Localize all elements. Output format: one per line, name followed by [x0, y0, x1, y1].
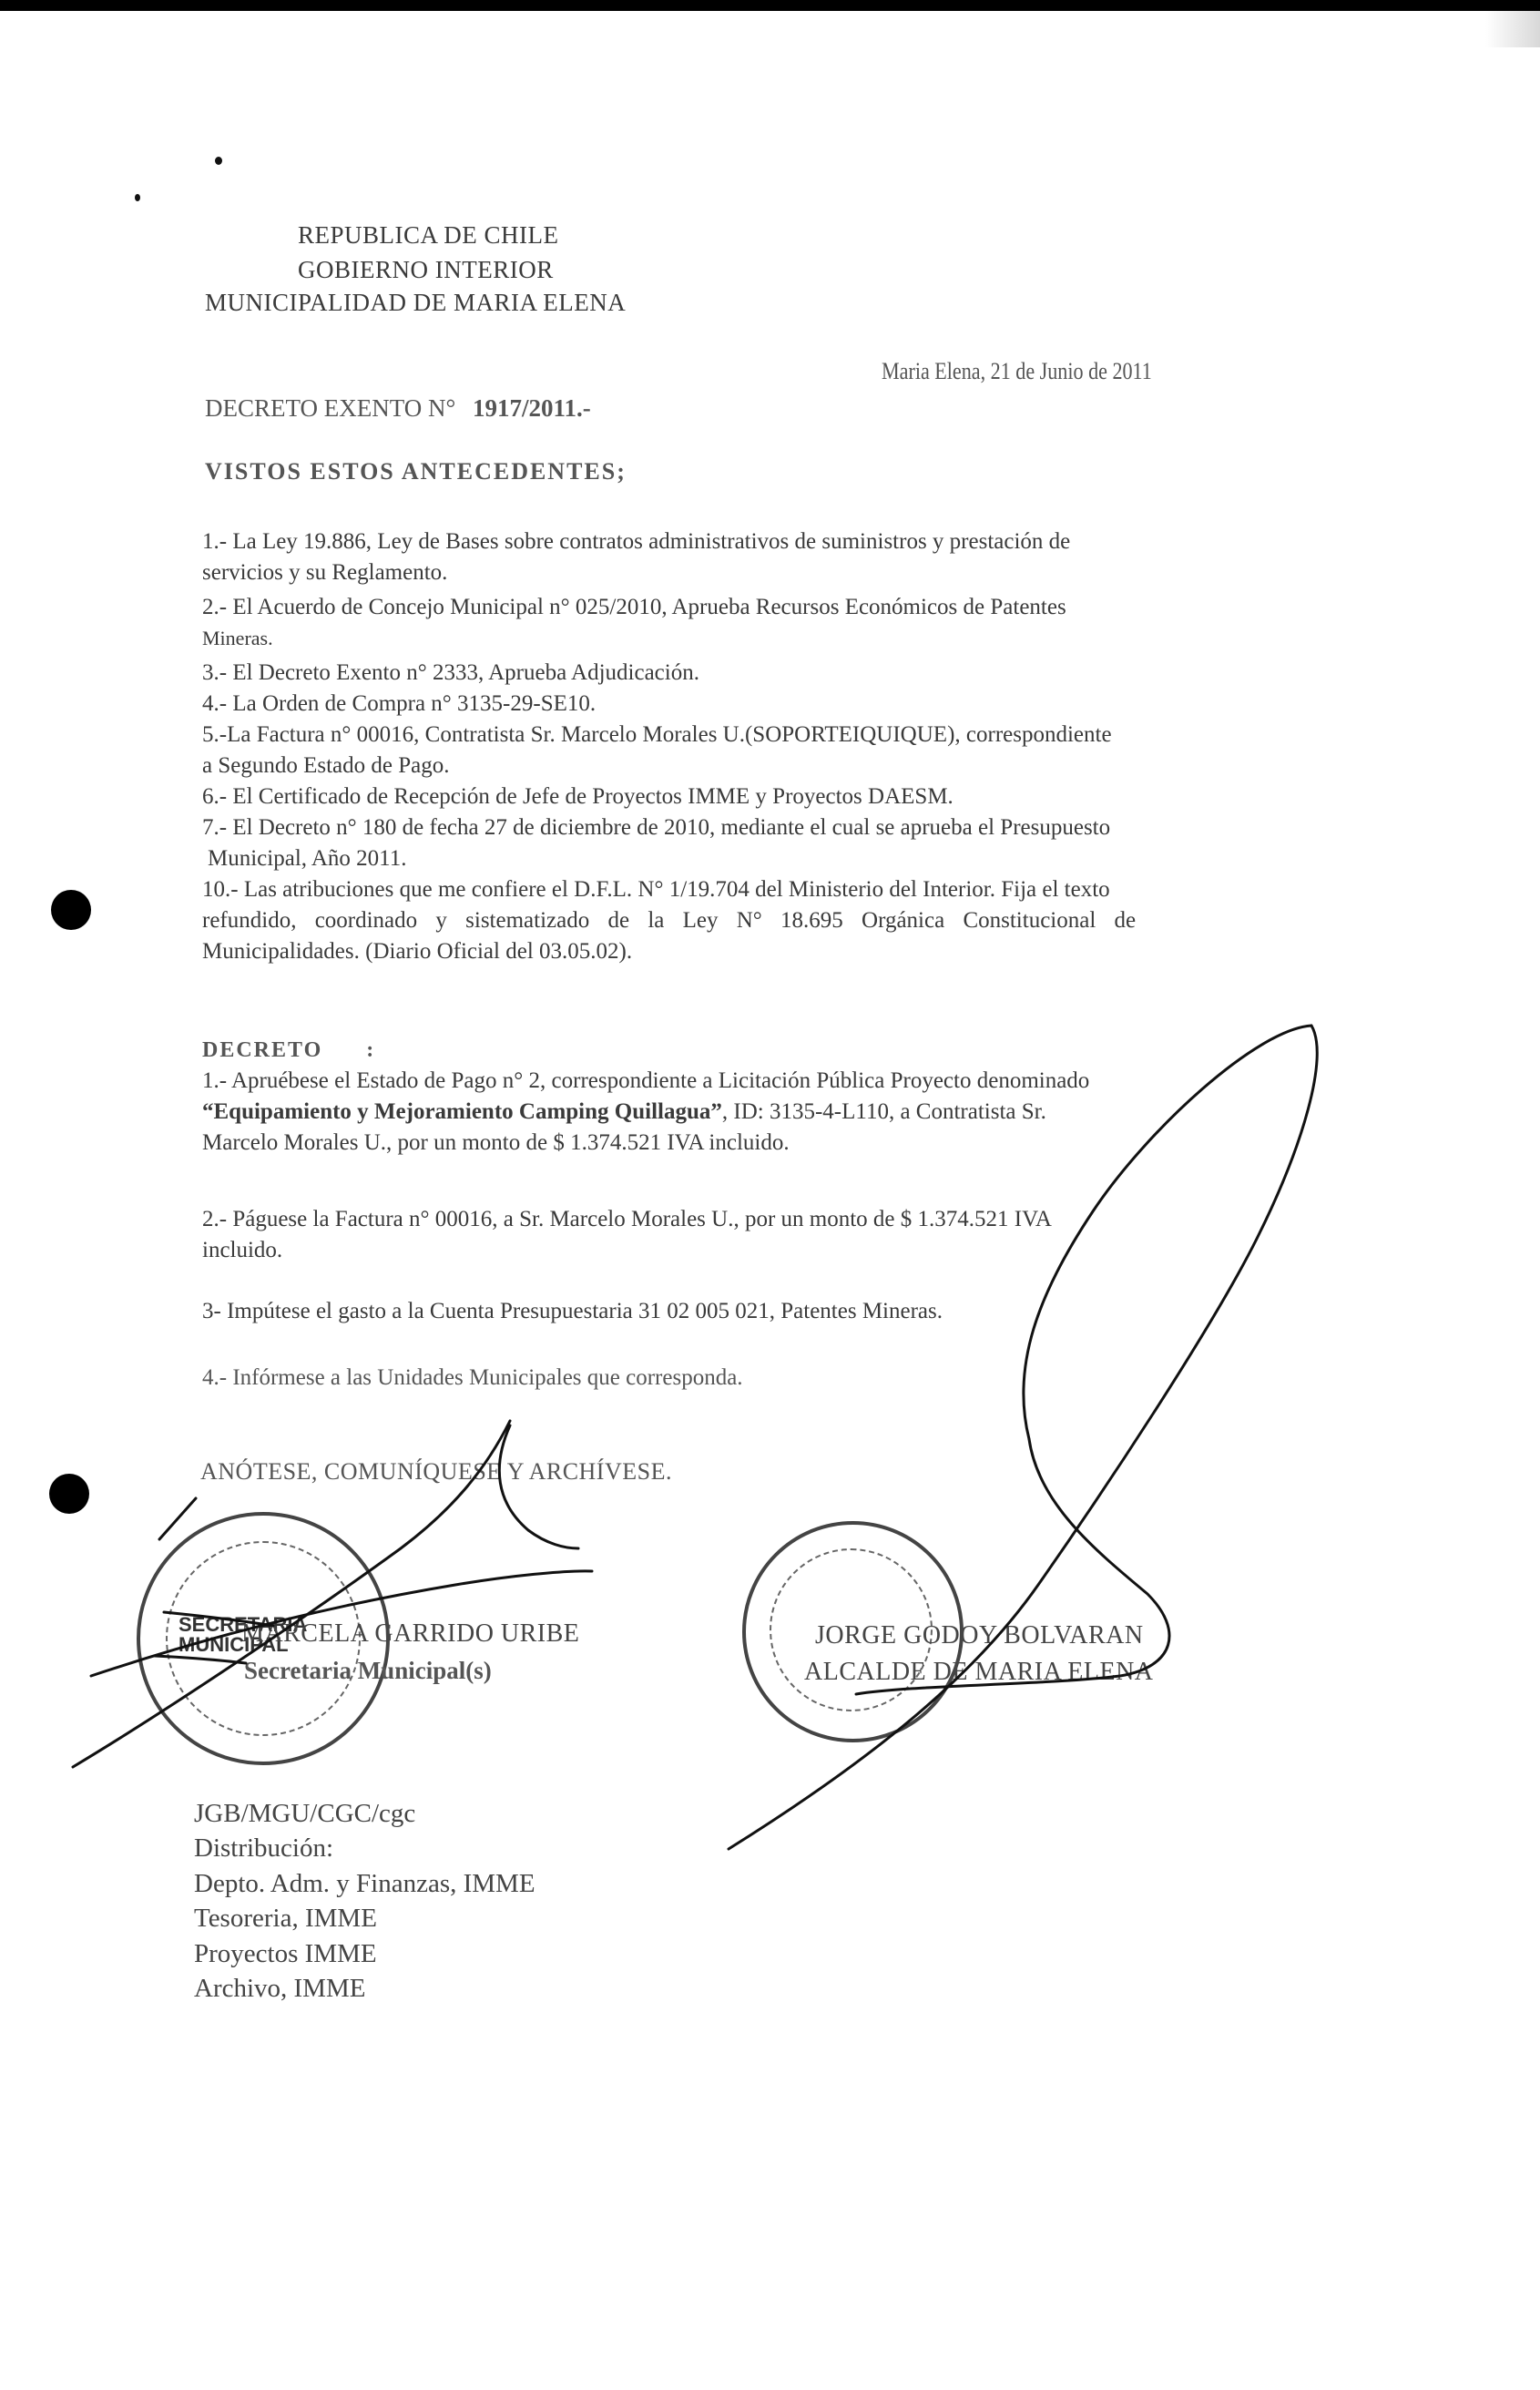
- distribution-item: Depto. Adm. y Finanzas, IMME: [194, 1866, 535, 1901]
- decreto-item-1-line-3: Marcelo Morales U., por un monto de $ 1.…: [202, 1128, 1317, 1159]
- decreto-heading-label: DECRETO: [202, 1038, 322, 1062]
- scan-speck: [135, 194, 140, 201]
- vistos-item-1-line-2: servicios y su Reglamento.: [202, 557, 1317, 588]
- punch-hole: [49, 1474, 89, 1514]
- decreto-item-2-line-2: incluido.: [202, 1235, 1317, 1266]
- project-name: “Equipamiento y Mejoramiento Camping Qui…: [202, 1099, 722, 1124]
- vistos-item-6: 6.- El Certificado de Recepción de Jefe …: [202, 781, 1317, 812]
- vistos-item-5-line-2: a Segundo Estado de Pago.: [202, 751, 1317, 781]
- decreto-item-2: 2.- Páguese la Factura n° 00016, a Sr. M…: [202, 1204, 1317, 1266]
- signatory-left-name: MARCELA GARRIDO URIBE: [241, 1619, 579, 1649]
- header-republic: REPUBLICA DE CHILE: [298, 220, 559, 250]
- signatory-right-name: JORGE GODOY BOLVARAN: [815, 1621, 1144, 1650]
- decreto-item-3: 3- Impútese el gasto a la Cuenta Presupu…: [202, 1297, 943, 1326]
- vistos-item-4: 4.- La Orden de Compra n° 3135-29-SE10.: [202, 689, 1317, 720]
- vistos-item-10-line-1: 10.- Las atribuciones que me confiere el…: [202, 874, 1317, 905]
- signature-strokes: [0, 0, 1540, 2390]
- decreto-item-1-line-2: “Equipamiento y Mejoramiento Camping Qui…: [202, 1097, 1317, 1128]
- scan-corner-shade: [1485, 11, 1540, 47]
- vistos-item-7-line-1: 7.- El Decreto n° 180 de fecha 27 de dic…: [202, 812, 1317, 843]
- distribution-item: Tesoreria, IMME: [194, 1901, 377, 1935]
- distribution-label: Distribución:: [194, 1831, 333, 1865]
- header-government: GOBIERNO INTERIOR: [298, 255, 554, 284]
- decreto-item-1-line-1: 1.- Apruébese el Estado de Pago n° 2, co…: [202, 1066, 1317, 1097]
- decreto-item-1: 1.- Apruébese el Estado de Pago n° 2, co…: [202, 1066, 1317, 1159]
- vistos-list: 1.- La Ley 19.886, Ley de Bases sobre co…: [202, 526, 1317, 967]
- distribution-item: Archivo, IMME: [194, 1971, 365, 2006]
- vistos-item-5-line-1: 5.-La Factura n° 00016, Contratista Sr. …: [202, 720, 1317, 751]
- initials: JGB/MGU/CGC/cgc: [194, 1796, 415, 1831]
- scan-border-top: [0, 0, 1540, 11]
- vistos-heading: VISTOS ESTOS ANTECEDENTES;: [205, 457, 627, 486]
- scan-speck: [215, 157, 222, 165]
- project-id-contractor: , ID: 3135-4-L110, a Contratista Sr.: [722, 1099, 1046, 1124]
- vistos-item-10-line-3: Municipalidades. (Diario Oficial del 03.…: [202, 936, 1317, 967]
- decree-number-value: 1917/2011.-: [473, 394, 591, 422]
- vistos-item-1-line-1: 1.- La Ley 19.886, Ley de Bases sobre co…: [202, 526, 1317, 557]
- vistos-item-3: 3.- El Decreto Exento n° 2333, Aprueba A…: [202, 658, 1317, 689]
- decreto-item-4: 4.- Infórmese a las Unidades Municipales…: [202, 1364, 743, 1393]
- decreto-heading-colon: :: [366, 1038, 375, 1062]
- punch-hole: [51, 890, 91, 930]
- closing-formula: ANÓTESE, COMUNÍQUESE Y ARCHÍVESE.: [200, 1457, 672, 1486]
- signatory-right-title: ALCALDE DE MARIA ELENA: [804, 1658, 1154, 1687]
- decree-number: DECRETO EXENTO N° 1917/2011.-: [205, 393, 591, 423]
- vistos-item-2-line-1: 2.- El Acuerdo de Concejo Municipal n° 0…: [202, 592, 1317, 623]
- vistos-item-10-line-2: refundido, coordinado y sistematizado de…: [202, 905, 1317, 936]
- decreto-heading: DECRETO :: [202, 1036, 375, 1065]
- place-date: Maria Elena, 21 de Junio de 2011: [882, 357, 1152, 386]
- decree-number-label: DECRETO EXENTO N°: [205, 394, 455, 422]
- decreto-item-2-line-1: 2.- Páguese la Factura n° 00016, a Sr. M…: [202, 1204, 1317, 1235]
- vistos-item-7-line-2: Municipal, Año 2011.: [202, 843, 1317, 874]
- distribution-item: Proyectos IMME: [194, 1936, 377, 1971]
- vistos-item-2-line-2: Mineras.: [202, 623, 1317, 654]
- header-municipality: MUNICIPALIDAD DE MARIA ELENA: [205, 288, 626, 317]
- signatory-left-title: Secretaria Municipal(s): [244, 1656, 492, 1685]
